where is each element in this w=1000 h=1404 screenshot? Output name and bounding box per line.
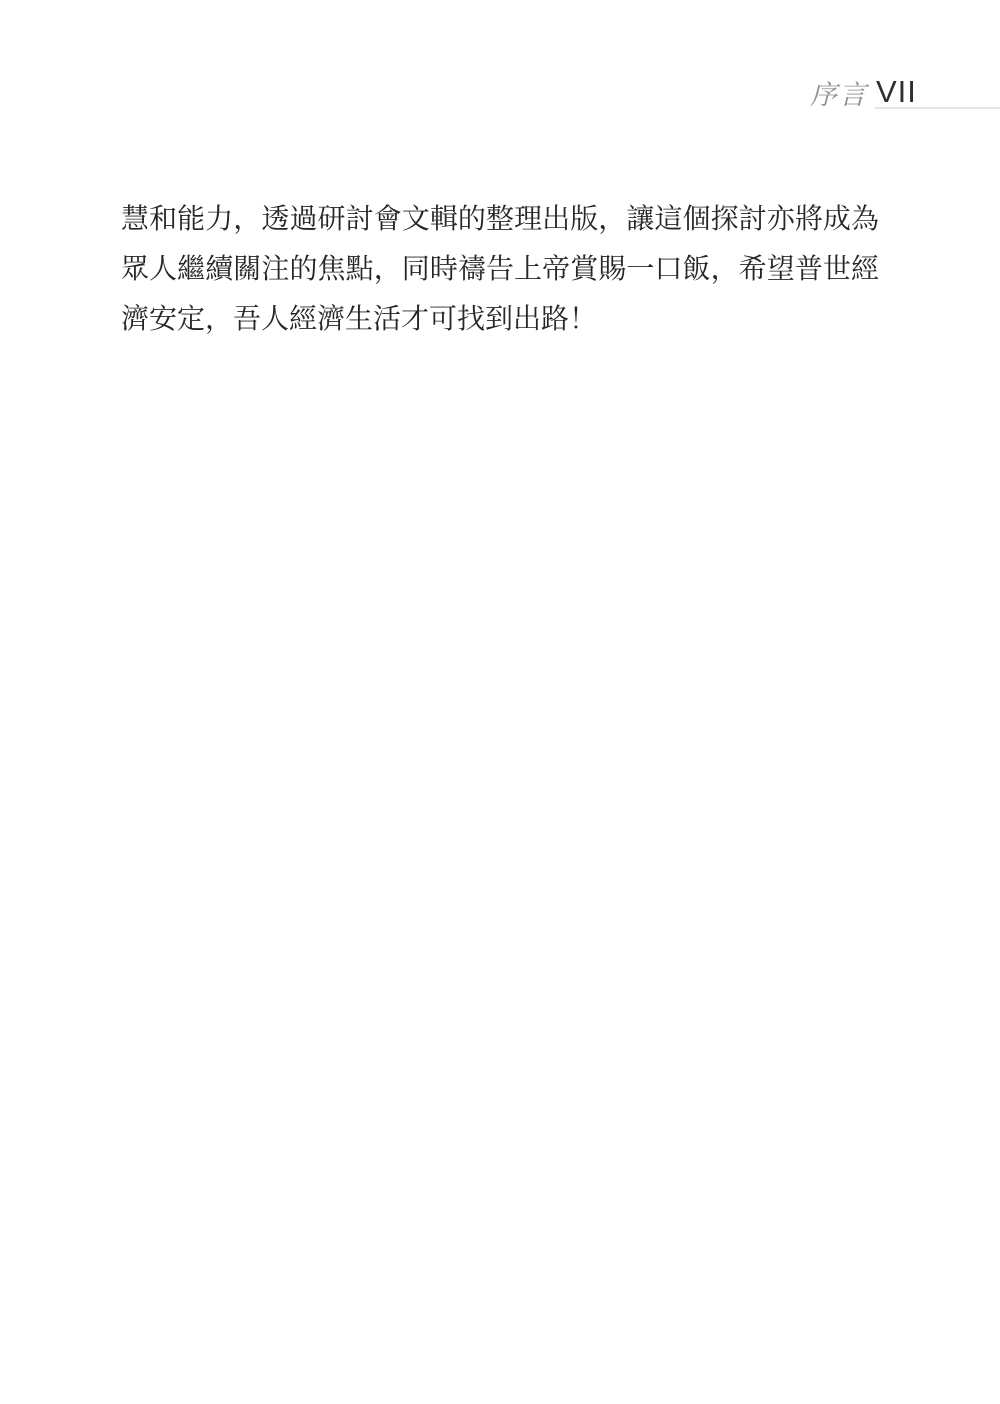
header-section-title: 序言: [810, 82, 868, 109]
body-paragraph: 慧和能力，透過研討會文輯的整理出版，讓這個探討亦將成為 眾人繼續關注的焦點，同時…: [121, 195, 879, 345]
header-rule: [875, 107, 1000, 109]
paragraph-line: 眾人繼續關注的焦點，同時禱告上帝賞賜一口飯，希望普世經: [121, 245, 879, 295]
header-page-number: VII: [876, 76, 917, 107]
paragraph-line: 濟安定，吾人經濟生活才可找到出路！: [121, 295, 879, 345]
paragraph-line: 慧和能力，透過研討會文輯的整理出版，讓這個探討亦將成為: [121, 195, 879, 245]
document-page: 序言 VII 慧和能力，透過研討會文輯的整理出版，讓這個探討亦將成為 眾人繼續關…: [0, 0, 1000, 1404]
running-header: 序言 VII: [0, 0, 1000, 130]
